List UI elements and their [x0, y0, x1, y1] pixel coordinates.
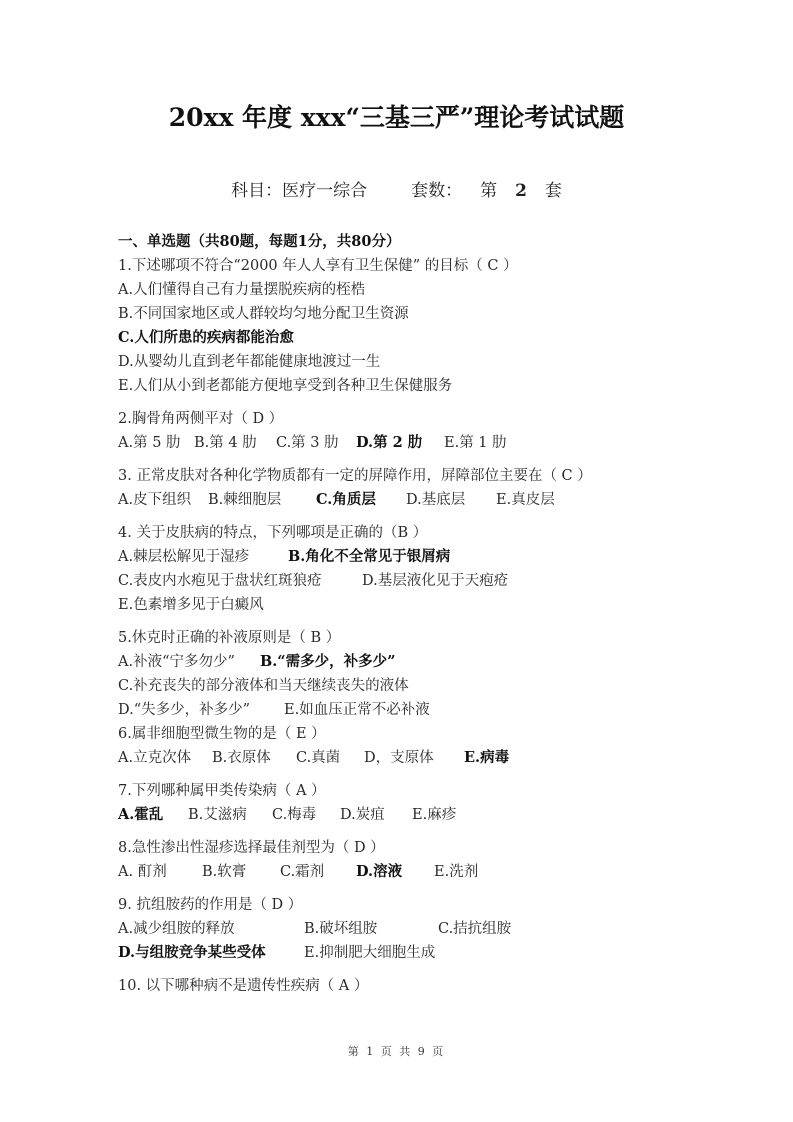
option-c: C.梅毒 — [272, 803, 340, 827]
option-b: B.衣原体 — [212, 746, 296, 770]
option-d: D.炭疽 — [340, 803, 412, 827]
set-number: 2 — [515, 181, 527, 201]
set-label: 套数： — [411, 176, 462, 201]
question-stem: 9. 抗组胺药的作用是（ D ） — [118, 893, 718, 917]
option-e: E.人们从小到老都能方便地享受到各种卫生保健服务 — [118, 374, 452, 398]
question-stem: 3. 正常皮肤对各种化学物质都有一定的屏障作用，屏障部位主要在（ C ） — [118, 464, 718, 488]
option-c: C.表皮内水疱见于盘状红斑狼疮 — [118, 569, 362, 593]
option-e: E.洗剂 — [434, 860, 478, 884]
option-a: A.立克次体 — [118, 746, 212, 770]
option-d-correct: D.与组胺竞争某些受体 — [118, 941, 304, 965]
section-heading: 一、单选题（共80题，每题1分，共80分） — [118, 230, 718, 254]
option-c: C.拮抗组胺 — [438, 917, 511, 941]
option-e: E.麻疹 — [412, 803, 456, 827]
option-e: E.真皮层 — [496, 488, 555, 512]
option-d-correct: D.第 2 肋 — [356, 431, 444, 455]
exam-title: 20xx 年度 xxx“三基三严”理论考试试题 — [0, 98, 793, 134]
option-e: E.抑制肥大细胞生成 — [304, 941, 435, 965]
option-a: A.第 5 肋 — [118, 431, 194, 455]
option-c: C.第 3 肋 — [276, 431, 356, 455]
option-b-correct: B.角化不全常见于银屑病 — [288, 545, 450, 569]
option-c: C.补充丧失的部分液体和当天继续丧失的液体 — [118, 674, 409, 698]
question-stem: 6.属非细胞型微生物的是（ E ） — [118, 722, 718, 746]
option-b: B.第 4 肋 — [194, 431, 276, 455]
option-a: A.皮下组织 — [118, 488, 208, 512]
question-stem: 10. 以下哪种病不是遗传性疾病（ A ） — [118, 974, 718, 998]
question-stem: 8.急性渗出性湿疹选择最佳剂型为（ D ） — [118, 836, 718, 860]
question-stem: 2.胸骨角两侧平对（ D ） — [118, 407, 718, 431]
option-d-correct: D.溶液 — [356, 860, 434, 884]
option-c: C.真菌 — [296, 746, 364, 770]
option-c-correct: C.人们所患的疾病都能治愈 — [118, 326, 294, 350]
option-d: D.基底层 — [406, 488, 496, 512]
question-stem: 7.下列哪种属甲类传染病（ A ） — [118, 779, 718, 803]
option-e: E.色素增多见于白癜风 — [118, 593, 264, 617]
question-stem: 4. 关于皮肤病的特点，下列哪项是正确的（B ） — [118, 521, 718, 545]
option-c-correct: C.角质层 — [316, 488, 406, 512]
option-a: A.补液“宁多勿少” — [118, 650, 260, 674]
set-suffix: 套 — [545, 176, 562, 201]
option-d: D.基层液化见于天疱疮 — [362, 569, 508, 593]
option-b: B.不同国家地区或人群较均匀地分配卫生资源 — [118, 302, 409, 326]
option-d: D，支原体 — [364, 746, 464, 770]
option-b: B.软膏 — [202, 860, 280, 884]
question-list: 一、单选题（共80题，每题1分，共80分） 1.下述哪项不符合“2000 年人人… — [118, 230, 718, 998]
subject-label: 科目：医疗一综合 — [231, 176, 367, 201]
option-a: A.人们懂得自己有力量摆脱疾病的桎梏 — [118, 278, 365, 302]
option-e-correct: E.病毒 — [464, 746, 509, 770]
option-b-correct: B.“需多少，补多少” — [260, 650, 395, 674]
set-prefix: 第 — [480, 176, 497, 201]
option-b: B.艾滋病 — [188, 803, 272, 827]
option-b: B.棘细胞层 — [208, 488, 316, 512]
option-b: B.破坏组胺 — [304, 917, 438, 941]
exam-subtitle: 科目：医疗一综合套数：第2套 — [0, 176, 793, 201]
option-a: A.棘层松解见于湿疹 — [118, 545, 288, 569]
question-stem: 1.下述哪项不符合“2000 年人人享有卫生保健” 的目标（ C ） — [118, 254, 718, 278]
option-e: E.如血压正常不必补液 — [284, 698, 430, 722]
option-c: C.霜剂 — [280, 860, 356, 884]
option-d: D.从婴幼儿直到老年都能健康地渡过一生 — [118, 350, 380, 374]
option-a: A. 酊剂 — [118, 860, 202, 884]
option-d: D.“失多少，补多少” — [118, 698, 284, 722]
page-footer: 第 1 页 共 9 页 — [0, 1043, 793, 1059]
option-a: A.减少组胺的释放 — [118, 917, 304, 941]
option-a-correct: A.霍乱 — [118, 803, 188, 827]
question-stem: 5.休克时正确的补液原则是（ B ） — [118, 626, 718, 650]
option-e: E.第 1 肋 — [444, 431, 507, 455]
